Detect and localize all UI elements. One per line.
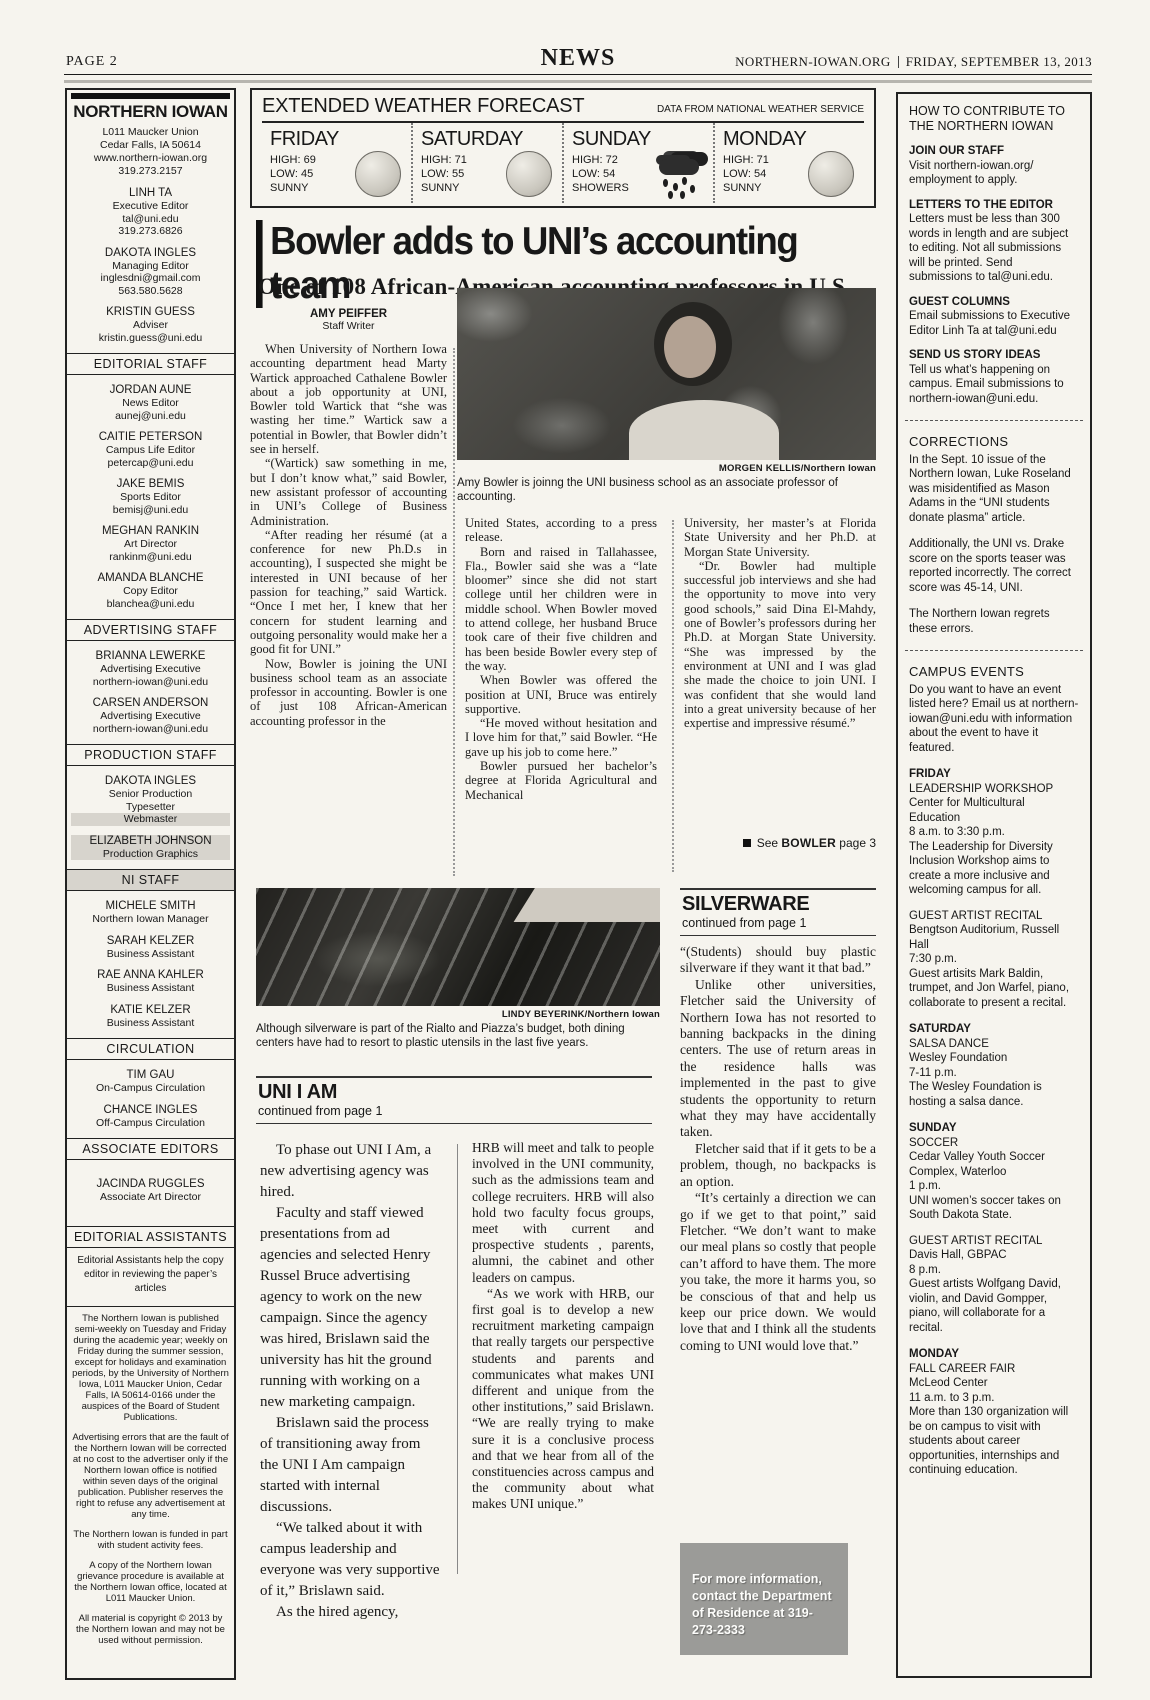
site-url: NORTHERN-IOWAN.ORG xyxy=(735,54,891,69)
contribute-text: Email submissions to Executive Editor Li… xyxy=(909,309,1079,338)
sun-icon xyxy=(355,151,403,197)
staff-member: JAKE BEMIS Sports Editor bemisj@uni.edu xyxy=(71,478,230,516)
photo-credit: MORGEN KELLIS/Northern Iowan xyxy=(457,463,876,474)
staff-member: RAE ANNA KAHLER Business Assistant xyxy=(71,969,230,995)
contribute-title: HOW TO CONTRIBUTE TO THE NORTHERN IOWAN xyxy=(909,104,1079,134)
story-title: UNI I AM xyxy=(258,1082,650,1103)
section-header-circulation: CIRCULATION xyxy=(67,1038,234,1060)
correction-item: Additionally, the UNI vs. Drake score on… xyxy=(909,537,1079,595)
masthead-box: NORTHERN IOWAN L011 Maucker Union Cedar … xyxy=(65,88,236,1680)
rain-icon xyxy=(657,151,705,197)
issue-date: FRIDAY, SEPTEMBER 13, 2013 xyxy=(906,54,1092,69)
uni-i-am-header: UNI I AM continued from page 1 xyxy=(256,1076,652,1124)
section-header-editorial-staff: EDITORIAL STAFF xyxy=(67,353,234,375)
contribute-heading: SEND US STORY IDEAS xyxy=(909,348,1079,363)
editorial-assistants-note: Editorial Assistants help the copy edito… xyxy=(73,1254,228,1296)
staff-member: JORDAN AUNE News Editor aunej@uni.edu xyxy=(71,384,230,422)
staff-member: KRISTIN GUESS Adviser kristin.guess@uni.… xyxy=(71,306,230,344)
event-item: SOCCER Cedar Valley Youth Soccer Complex… xyxy=(909,1136,1079,1223)
staff-member: CARSEN ANDERSON Advertising Executive no… xyxy=(71,697,230,735)
photo-caption: Amy Bowler is joinng the UNI business sc… xyxy=(457,477,876,504)
staff-member: DAKOTA INGLES Managing Editor inglesdni@… xyxy=(71,247,230,298)
section-header-production-staff: PRODUCTION STAFF xyxy=(67,744,234,766)
masthead-title: NORTHERN IOWAN xyxy=(67,102,234,122)
contribute-heading: LETTERS TO THE EDITOR xyxy=(909,198,1079,213)
event-day: MONDAY xyxy=(909,1347,1079,1362)
silverware-photo xyxy=(256,888,660,1006)
lead-photo xyxy=(457,288,876,460)
event-item: SALSA DANCE Wesley Foundation 7-11 p.m. … xyxy=(909,1037,1079,1110)
section-title: NEWS xyxy=(541,45,616,72)
photo-caption: Although silverware is part of the Rialt… xyxy=(256,1023,660,1050)
header-rule xyxy=(64,80,1092,83)
staff-member: AMANDA BLANCHE Copy Editor blanchea@uni.… xyxy=(71,572,230,610)
weather-day-saturday: SATURDAY HIGH: 71 LOW: 55 SUNNY xyxy=(411,123,562,203)
staff-member: KATIE KELZER Business Assistant xyxy=(71,1004,230,1030)
contribute-text: Tell us what’s happening on campus. Emai… xyxy=(909,363,1079,407)
sun-icon xyxy=(506,151,554,197)
staff-member: MICHELE SMITH Northern Iowan Manager xyxy=(71,900,230,926)
event-day: SATURDAY xyxy=(909,1022,1079,1037)
continued-note: continued from page 1 xyxy=(682,916,874,930)
lead-story-column-3: University, her master’s at Florida Stat… xyxy=(684,516,876,730)
masthead-bar xyxy=(71,93,230,99)
weather-day-friday: FRIDAY HIGH: 69 LOW: 45 SUNNY xyxy=(262,123,411,203)
center-column: EXTENDED WEATHER FORECAST DATA FROM NATI… xyxy=(250,88,876,1700)
right-sidebar: HOW TO CONTRIBUTE TO THE NORTHERN IOWAN … xyxy=(896,92,1092,1678)
staff-member: CAITIE PETERSON Campus Life Editor peter… xyxy=(71,431,230,469)
page-number: PAGE 2 xyxy=(66,54,118,70)
newspaper-page: PAGE 2 NEWS NORTHERN-IOWAN.ORGFRIDAY, SE… xyxy=(0,0,1150,1700)
contribute-text: Visit northern-iowan.org/ employment to … xyxy=(909,159,1079,188)
contribute-heading: GUEST COLUMNS xyxy=(909,295,1079,310)
section-header-associate-editors: ASSOCIATE EDITORS xyxy=(67,1138,234,1160)
uni-i-am-column-2: HRB will meet and talk to people involve… xyxy=(472,1140,654,1513)
staff-member: DAKOTA INGLES Senior Production Typesett… xyxy=(71,775,230,826)
silverware-story: SILVERWARE continued from page 1 “(Stude… xyxy=(680,888,876,1354)
staff-member: SARAH KELZER Business Assistant xyxy=(71,935,230,961)
event-day: FRIDAY xyxy=(909,767,1079,782)
staff-member: TIM GAU On-Campus Circulation xyxy=(71,1069,230,1095)
contribute-heading: JOIN OUR STAFF xyxy=(909,144,1079,159)
byline: AMY PEIFFER Staff Writer xyxy=(250,308,447,332)
masthead-fine-print: The Northern Iowan is published semi-wee… xyxy=(67,1306,234,1646)
jump-square-icon xyxy=(743,839,751,847)
event-item: LEADERSHIP WORKSHOP Center for Multicult… xyxy=(909,782,1079,898)
staff-member: BRIANNA LEWERKE Advertising Executive no… xyxy=(71,650,230,688)
story-title: SILVERWARE xyxy=(682,894,874,915)
masthead-address: L011 Maucker Union Cedar Falls, IA 50614… xyxy=(67,126,234,178)
event-item: FALL CAREER FAIR McLeod Center 11 a.m. t… xyxy=(909,1362,1079,1478)
event-item: GUEST ARTIST RECITAL Davis Hall, GBPAC 8… xyxy=(909,1234,1079,1336)
lead-story-column-1: When University of Northern Iowa account… xyxy=(250,342,447,882)
corrections-title: CORRECTIONS xyxy=(909,435,1079,450)
campus-events-title: CAMPUS EVENTS xyxy=(909,665,1079,680)
weather-title: EXTENDED WEATHER FORECAST xyxy=(262,95,584,118)
column-rule xyxy=(672,520,674,872)
sun-icon xyxy=(808,151,856,197)
section-header-advertising-staff: ADVERTISING STAFF xyxy=(67,619,234,641)
weather-source: DATA FROM NATIONAL WEATHER SERVICE xyxy=(657,104,864,118)
contribute-text: Letters must be less than 300 words in l… xyxy=(909,212,1079,285)
weather-day-monday: MONDAY HIGH: 71 LOW: 54 SUNNY xyxy=(713,123,864,203)
correction-item: The Northern Iowan regrets these errors. xyxy=(909,607,1079,636)
event-item: GUEST ARTIST RECITAL Bengtson Auditorium… xyxy=(909,909,1079,1011)
staff-member: MEGHAN RANKIN Art Director rankinm@uni.e… xyxy=(71,525,230,563)
event-day: SUNDAY xyxy=(909,1121,1079,1136)
dashed-divider xyxy=(905,420,1083,421)
page-header: PAGE 2 NEWS NORTHERN-IOWAN.ORGFRIDAY, SE… xyxy=(64,42,1092,75)
campus-events-intro: Do you want to have an event listed here… xyxy=(909,683,1079,756)
photo-credit: LINDY BEYERINK/Northern Iowan xyxy=(256,1009,660,1020)
divider xyxy=(898,56,899,68)
section-header-ni-staff: NI STAFF xyxy=(67,869,234,891)
weather-day-sunday: SUNDAY HIGH: 72 LOW: 54 SHOWERS xyxy=(562,123,713,203)
staff-member: LINH TA Executive Editor tal@uni.edu 319… xyxy=(71,187,230,238)
staff-member: CHANCE INGLES Off-Campus Circulation xyxy=(71,1104,230,1130)
continued-note: continued from page 1 xyxy=(258,1104,650,1118)
column-rule xyxy=(457,1144,458,1574)
staff-member: JACINDA RUGGLES Associate Art Director xyxy=(71,1178,230,1204)
masthead-dateline: NORTHERN-IOWAN.ORGFRIDAY, SEPTEMBER 13, … xyxy=(735,54,1092,70)
uni-i-am-column-1: To phase out UNI I Am, a new advertising… xyxy=(260,1140,440,1623)
dashed-divider xyxy=(905,650,1083,651)
section-header-editorial-assistants: EDITORIAL ASSISTANTS xyxy=(67,1226,234,1248)
lead-story-column-2: United States, according to a press rele… xyxy=(465,516,657,802)
column-rule xyxy=(453,348,455,876)
jump-line: See BOWLER page 3 xyxy=(684,836,876,850)
residence-info-box: For more information, contact the Depart… xyxy=(680,1543,848,1655)
staff-member: ELIZABETH JOHNSON Production Graphics xyxy=(71,835,230,861)
weather-forecast-box: EXTENDED WEATHER FORECAST DATA FROM NATI… xyxy=(250,88,876,208)
correction-item: In the Sept. 10 issue of the Northern Io… xyxy=(909,453,1079,526)
